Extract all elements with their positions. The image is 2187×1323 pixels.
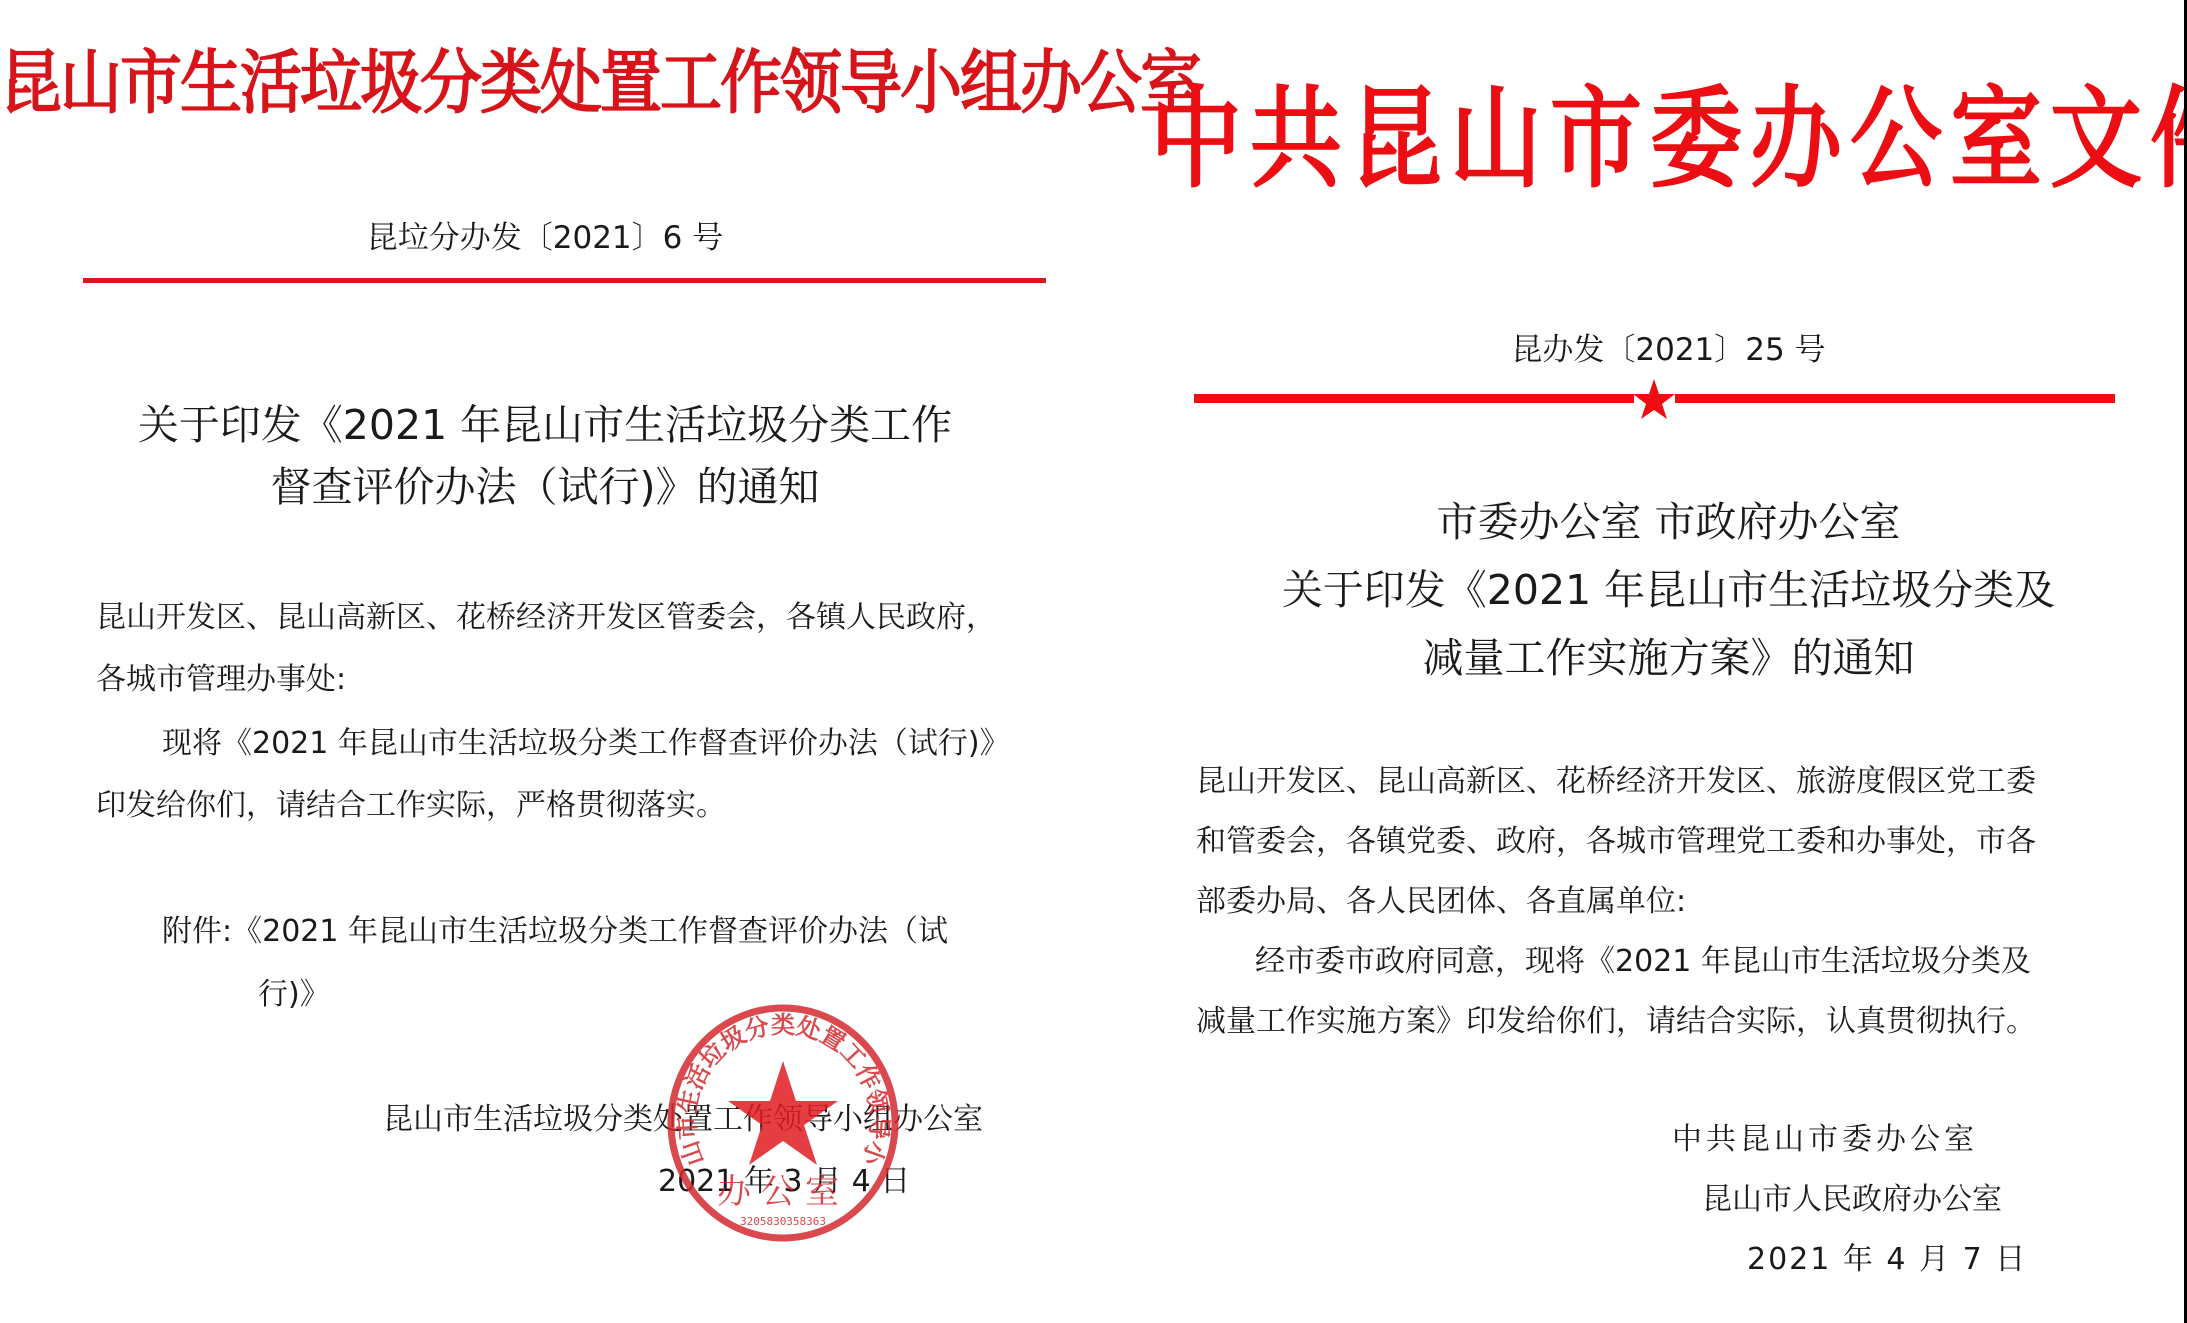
addressees-line-1: 昆山开发区、昆山高新区、花桥经济开发区管委会，各镇人民政府， — [96, 598, 996, 638]
body-line-2: 印发给你们，请结合工作实际，严格贯彻落实。 — [96, 786, 726, 826]
issuer-header: 昆山市生活垃圾分类处置工作领导小组办公室 — [0, 38, 1090, 128]
issuer-header: 中共昆山市委办公室文件 — [1150, 74, 2187, 206]
body-line-2: 减量工作实施方案》印发给你们，请结合实际，认真贯彻执行。 — [1196, 1002, 2036, 1042]
red-divider-left — [1194, 394, 1634, 403]
document-number: 昆垃分办发〔2021〕6 号 — [0, 218, 1090, 258]
body-line-1: 经市委市政府同意，现将《2021 年昆山市生活垃圾分类及 — [1255, 942, 2031, 982]
red-divider-right — [1675, 394, 2115, 403]
left-document: 昆山市生活垃圾分类处置工作领导小组办公室 昆垃分办发〔2021〕6 号 关于印发… — [0, 0, 1090, 1323]
body-line-1: 现将《2021 年昆山市生活垃圾分类工作督查评价办法（试行)》 — [162, 724, 1010, 764]
right-document: 中共昆山市委办公室文件 昆办发〔2021〕25 号 市委办公室 市政府办公室 关… — [1150, 0, 2187, 1323]
signature-party-office: 中共昆山市委办公室 — [1672, 1120, 1978, 1160]
svg-text:办公室: 办公室 — [717, 1172, 849, 1212]
red-divider — [83, 278, 1046, 283]
addressees-line-2: 和管委会，各镇党委、政府，各城市管理党工委和办事处，市各 — [1196, 822, 2036, 862]
document-number: 昆办发〔2021〕25 号 — [1150, 330, 2187, 370]
issue-date: 2021 年 4 月 7 日 — [1747, 1240, 2027, 1280]
addressees-line-3: 部委办局、各人民团体、各直属单位: — [1196, 882, 1686, 922]
addressees-line-1: 昆山开发区、昆山高新区、花桥经济开发区、旅游度假区党工委 — [1196, 762, 2036, 802]
document-title-line-3: 减量工作实施方案》的通知 — [1150, 626, 2187, 690]
addressees-line-2: 各城市管理办事处: — [96, 660, 346, 700]
attachment-line-1: 附件:《2021 年昆山市生活垃圾分类工作督查评价办法（试 — [162, 912, 948, 952]
document-title-line-2: 督查评价办法（试行)》的通知 — [0, 455, 1090, 519]
official-seal-icon: 昆山市生活垃圾分类处置工作领导小组 办公室 3205830358363 — [663, 1003, 903, 1243]
document-title-line-2: 关于印发《2021 年昆山市生活垃圾分类及 — [1150, 558, 2187, 622]
document-title-line-1: 市委办公室 市政府办公室 — [1150, 490, 2187, 554]
star-icon — [1632, 378, 1676, 420]
document-title-line-1: 关于印发《2021 年昆山市生活垃圾分类工作 — [0, 393, 1090, 457]
attachment-line-2: 行)》 — [258, 975, 330, 1015]
svg-text:3205830358363: 3205830358363 — [740, 1215, 826, 1228]
signature-government-office: 昆山市人民政府办公室 — [1702, 1180, 2002, 1220]
